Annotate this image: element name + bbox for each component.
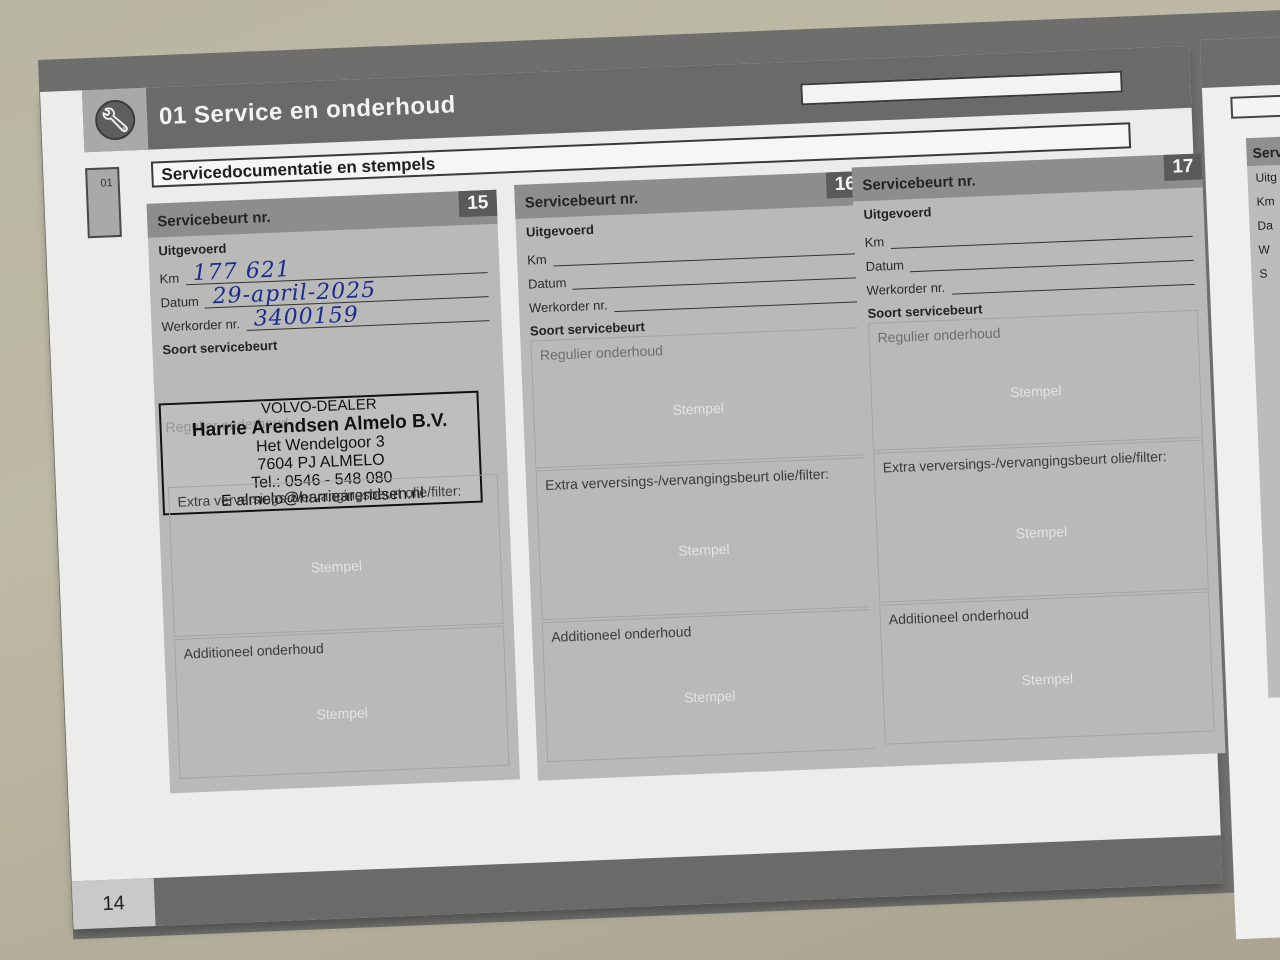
chapter-icon-box: 🔧︎ [82, 88, 148, 153]
extra-oil-filter-box: Extra verversings-/vervangingsbeurt olie… [168, 474, 504, 637]
service-card-17: Servicebeurt nr. 17 Uitgevoerd Km Datum … [852, 153, 1226, 767]
stamp-placeholder: Stempel [546, 682, 874, 711]
next-page-service-card: Serv Uitg Km Da W S [1246, 132, 1280, 698]
extra-oil-filter-box: Extra verversings-/vervangingsbeurt olie… [536, 457, 872, 620]
service-number-badge: 17 [1163, 153, 1202, 181]
stamp-placeholder: Stempel [172, 552, 500, 581]
km-label: Km [527, 252, 547, 268]
stamp-placeholder: Stempel [877, 518, 1205, 547]
regular-maintenance-box: Regulier onderhoud Stempel [530, 327, 865, 468]
additional-maintenance-box: Additioneel onderhoud Stempel [174, 626, 509, 779]
page-number: 14 [72, 878, 156, 929]
date-label: Datum [865, 257, 904, 274]
next-page-header-band [1200, 32, 1280, 88]
booklet-page: 🔧︎ 01 Service en onderhoud 01 Servicedoc… [40, 46, 1223, 929]
stamp-placeholder: Stempel [178, 699, 506, 728]
service-fields: Uitgevoerd Km Datum Werkorder nr. [853, 187, 1207, 298]
additional-maintenance-box: Additioneel onderhoud Stempel [879, 591, 1214, 744]
next-page-card-header: Serv [1246, 132, 1280, 166]
additional-maintenance-box: Additioneel onderhoud Stempel [542, 609, 877, 762]
stamp-placeholder: Stempel [872, 376, 1200, 405]
card-header-label: Servicebeurt nr. [525, 190, 639, 212]
card-header-label: Servicebeurt nr. [862, 173, 976, 195]
wrench-icon: 🔧︎ [94, 99, 136, 141]
service-number-badge: 15 [458, 190, 497, 218]
stamp-placeholder: Stempel [540, 535, 868, 564]
extra-label: Extra verversings-/vervangingsbeurt olie… [882, 448, 1166, 475]
regular-label: Regulier onderhoud [540, 342, 664, 363]
km-label: Km [864, 234, 884, 250]
regular-label: Regulier onderhoud [877, 325, 1001, 346]
additional-label: Additioneel onderhoud [551, 623, 692, 645]
date-label: Datum [528, 275, 567, 292]
service-fields: Uitgevoerd Km 177 621 Datum 29-april-202… [148, 224, 502, 335]
service-fields: Uitgevoerd Km Datum Werkorder nr. [515, 205, 869, 316]
service-card-15: Servicebeurt nr. 15 Uitgevoerd Km 177 62… [147, 190, 520, 794]
photo-scene: Serv Uitg Km Da W S 🔧︎ 01 Service en ond… [0, 0, 1280, 960]
regular-maintenance-box: Regulier onderhoud Stempel [868, 310, 1203, 451]
stamp-placeholder: Stempel [534, 394, 862, 423]
work-order-label: Werkorder nr. [866, 280, 945, 298]
additional-label: Additioneel onderhoud [183, 640, 324, 662]
date-label: Datum [160, 294, 199, 311]
next-page-title-box [1230, 92, 1280, 119]
km-label: Km [159, 271, 179, 287]
side-tab: 01 [85, 167, 122, 238]
extra-label: Extra verversings-/vervangingsbeurt olie… [177, 482, 461, 509]
work-order-label: Werkorder nr. [529, 297, 608, 315]
card-header-label: Servicebeurt nr. [157, 209, 271, 231]
extra-oil-filter-box: Extra verversings-/vervangingsbeurt olie… [873, 440, 1209, 603]
service-card-16: Servicebeurt nr. 16 Uitgevoerd Km Datum … [514, 171, 888, 781]
extra-label: Extra verversings-/vervangingsbeurt olie… [545, 466, 829, 493]
additional-label: Additioneel onderhoud [889, 606, 1030, 628]
stamp-placeholder: Stempel [883, 664, 1211, 693]
work-order-label: Werkorder nr. [161, 316, 240, 334]
